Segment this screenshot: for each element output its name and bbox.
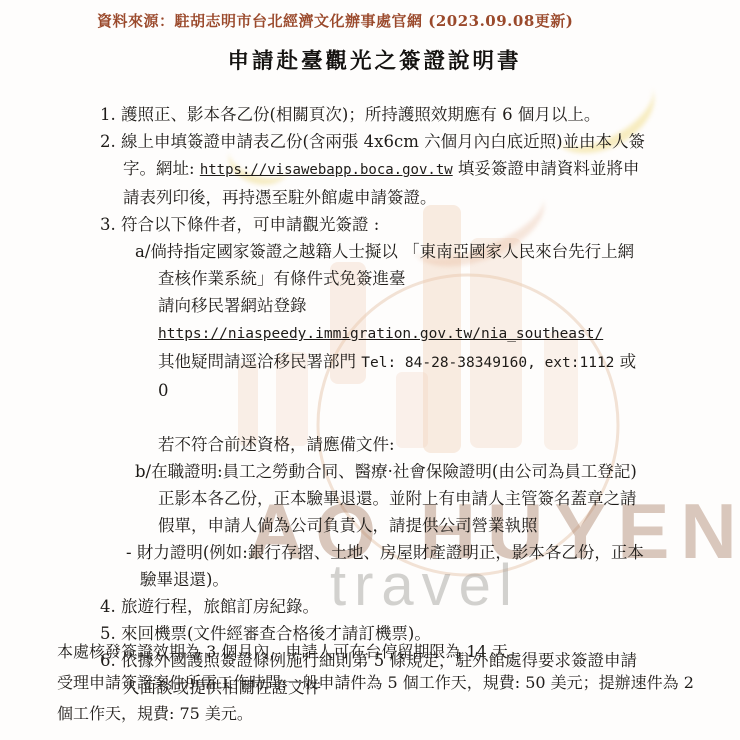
sub-item-a: a/倘持指定國家簽證之越籍人士擬以 「東南亞國家人民來台先行上網查核作業系統」有…: [100, 238, 648, 292]
nia-link-line: https://niaspeedy.immigration.gov.tw/nia…: [100, 319, 648, 348]
list-item-3: 3. 符合以下條件者，可申請觀光簽證 :: [100, 211, 648, 238]
validity-note: 本處核發簽證效期為 3 個月內，申請人可在台停留期限為 14 天。: [57, 636, 697, 667]
item-number: 2.: [100, 132, 116, 151]
list-item-4: 4. 旅遊行程，旅館訂房紀錄。: [100, 593, 648, 620]
sub-item-b: b/在職證明:員工之勞動合同、醫療·社會保險證明(由公司為員工登記)正影本各乙份…: [100, 458, 648, 539]
sub-text: 在職證明:員工之勞動合同、醫療·社會保險證明(由公司為員工登記)正影本各乙份，正…: [151, 462, 637, 535]
processing-fee-note: 受理申請簽證案件所需工作時間:一般申請件為 5 個工作天，規費: 50 美元；提…: [57, 667, 697, 729]
dash-bullet: -: [126, 543, 132, 562]
footer-notes: 本處核發簽證效期為 3 個月內，申請人可在台停留期限為 14 天。 受理申請簽證…: [57, 636, 697, 729]
sub-text: 倘持指定國家簽證之越籍人士擬以 「東南亞國家人民來台先行上網查核作業系統」有條件…: [150, 242, 634, 288]
visa-document: 資料來源：駐胡志明市台北經濟文化辦事處官網 (2023.09.08更新) 申請赴…: [0, 0, 740, 701]
page-title: 申請赴臺觀光之簽證說明書: [57, 44, 692, 75]
sub-label: b/: [135, 462, 151, 481]
item-number: 1.: [100, 105, 116, 124]
requirements-list: 1. 護照正、影本各乙份(相關頁次)；所持護照效期應有 6 個月以上。 2. 線…: [100, 101, 648, 701]
dash-text: 財力證明(例如:銀行存摺、土地、房屋財產證明正，影本各乙份，正本驗畢退還)。: [137, 543, 644, 589]
contact-text: 其他疑問請逕洽移民署部門: [158, 352, 361, 371]
item-text: 符合以下條件者，可申請觀光簽證 :: [121, 215, 379, 234]
visa-webapp-link[interactable]: https://visawebapp.boca.gov.tw: [200, 162, 453, 178]
item-text: 旅遊行程，旅館訂房紀錄。: [121, 597, 319, 616]
item-text: 護照正、影本各乙份(相關頁次)；所持護照效期應有 6 個月以上。: [121, 105, 600, 124]
item-number: 3.: [100, 215, 116, 234]
sub-label: a/: [135, 242, 150, 261]
fallback-intro: 若不符合前述資格，請應備文件:: [100, 431, 648, 458]
phone-number: Tel: 84-28-38349160, ext:1112: [361, 355, 614, 371]
register-note: 請向移民署網站登錄: [100, 292, 648, 319]
item-number: 4.: [100, 597, 116, 616]
financial-proof-item: - 財力證明(例如:銀行存摺、土地、房屋財產證明正，影本各乙份，正本驗畢退還)。: [100, 539, 648, 593]
nia-southeast-link[interactable]: https://niaspeedy.immigration.gov.tw/nia…: [158, 326, 603, 342]
blank-line: [100, 404, 648, 431]
list-item-1: 1. 護照正、影本各乙份(相關頁次)；所持護照效期應有 6 個月以上。: [100, 101, 648, 128]
source-attribution: 資料來源：駐胡志明市台北經濟文化辦事處官網 (2023.09.08更新): [97, 10, 692, 32]
list-item-2: 2. 線上申填簽證申請表乙份(含兩張 4x6cm 六個月內白底近照)並由本人簽字…: [100, 128, 648, 211]
contact-line: 其他疑問請逕洽移民署部門 Tel: 84-28-38349160, ext:11…: [100, 348, 648, 404]
